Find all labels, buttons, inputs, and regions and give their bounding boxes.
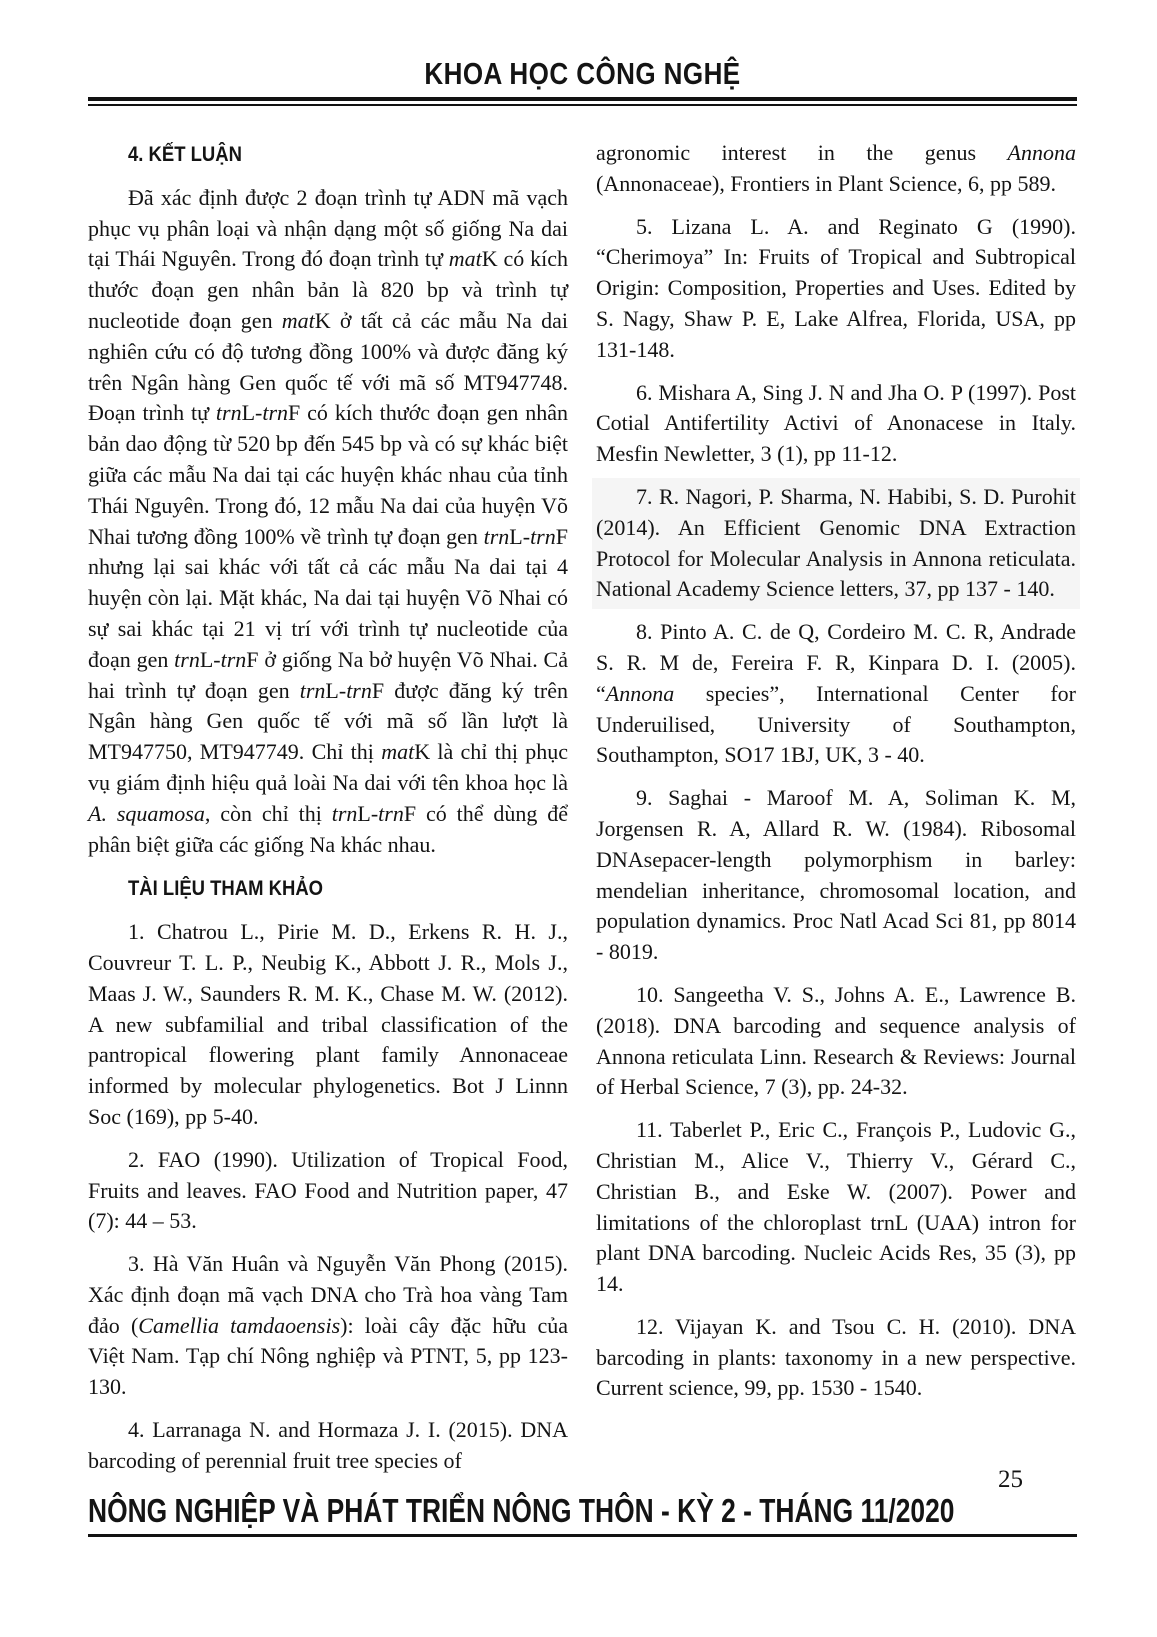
reference-7: 7. R. Nagori, P. Sharma, N. Habibi, S. D… [596,482,1076,605]
references-heading: TÀI LIỆU THAM KHẢO [128,874,515,905]
reference-3: 3. Hà Văn Huân và Nguyễn Văn Phong (2015… [88,1249,568,1403]
reference-6: 6. Mishara A, Sing J. N and Jha O. P (19… [596,378,1076,470]
page-number: 25 [998,1466,1023,1494]
two-column-body: 4. KẾT LUẬN Đã xác định được 2 đoạn trìn… [88,138,1077,1489]
reference-2: 2. FAO (1990). Utilization of Tropical F… [88,1145,568,1237]
header-rule [88,97,1077,106]
journal-footer-title: NÔNG NGHIỆP VÀ PHÁT TRIỂN NÔNG THÔN - KỲ… [88,1492,954,1530]
conclusion-paragraph: Đã xác định được 2 đoạn trình tự ADN mã … [88,183,568,861]
reference-4-continuation: agronomic interest in the genus Annona (… [596,138,1076,200]
reference-9: 9. Saghai - Maroof M. A, Soliman K. M, J… [596,783,1076,968]
reference-12: 12. Vijayan K. and Tsou C. H. (2010). DN… [596,1312,1076,1404]
footer-rule [88,1534,1077,1537]
conclusion-heading: 4. KẾT LUẬN [128,140,515,171]
page-footer: NÔNG NGHIỆP VÀ PHÁT TRIỂN NÔNG THÔN - KỲ… [88,1492,1077,1537]
journal-section-title: KHOA HỌC CÔNG NGHỆ [167,56,998,92]
reference-1: 1. Chatrou L., Pirie M. D., Erkens R. H.… [88,917,568,1133]
conclusion-block: Đã xác định được 2 đoạn trình tự ADN mã … [88,183,568,861]
reference-8: 8. Pinto A. C. de Q, Cordeiro M. C. R, A… [596,617,1076,771]
page-header: KHOA HỌC CÔNG NGHỆ [88,56,1077,106]
reference-5: 5. Lizana L. A. and Reginato G (1990). “… [596,212,1076,366]
reference-10: 10. Sangeetha V. S., Johns A. E., Lawren… [596,980,1076,1103]
references-block-left: 1. Chatrou L., Pirie M. D., Erkens R. H.… [88,917,568,1477]
left-column: 4. KẾT LUẬN Đã xác định được 2 đoạn trìn… [88,138,568,1489]
references-block-right: agronomic interest in the genus Annona (… [596,138,1076,1404]
right-column: agronomic interest in the genus Annona (… [596,138,1076,1489]
journal-page: KHOA HỌC CÔNG NGHỆ 4. KẾT LUẬN Đã xác đị… [0,0,1157,1637]
reference-11: 11. Taberlet P., Eric C., François P., L… [596,1115,1076,1300]
reference-4: 4. Larranaga N. and Hormaza J. I. (2015)… [88,1415,568,1477]
